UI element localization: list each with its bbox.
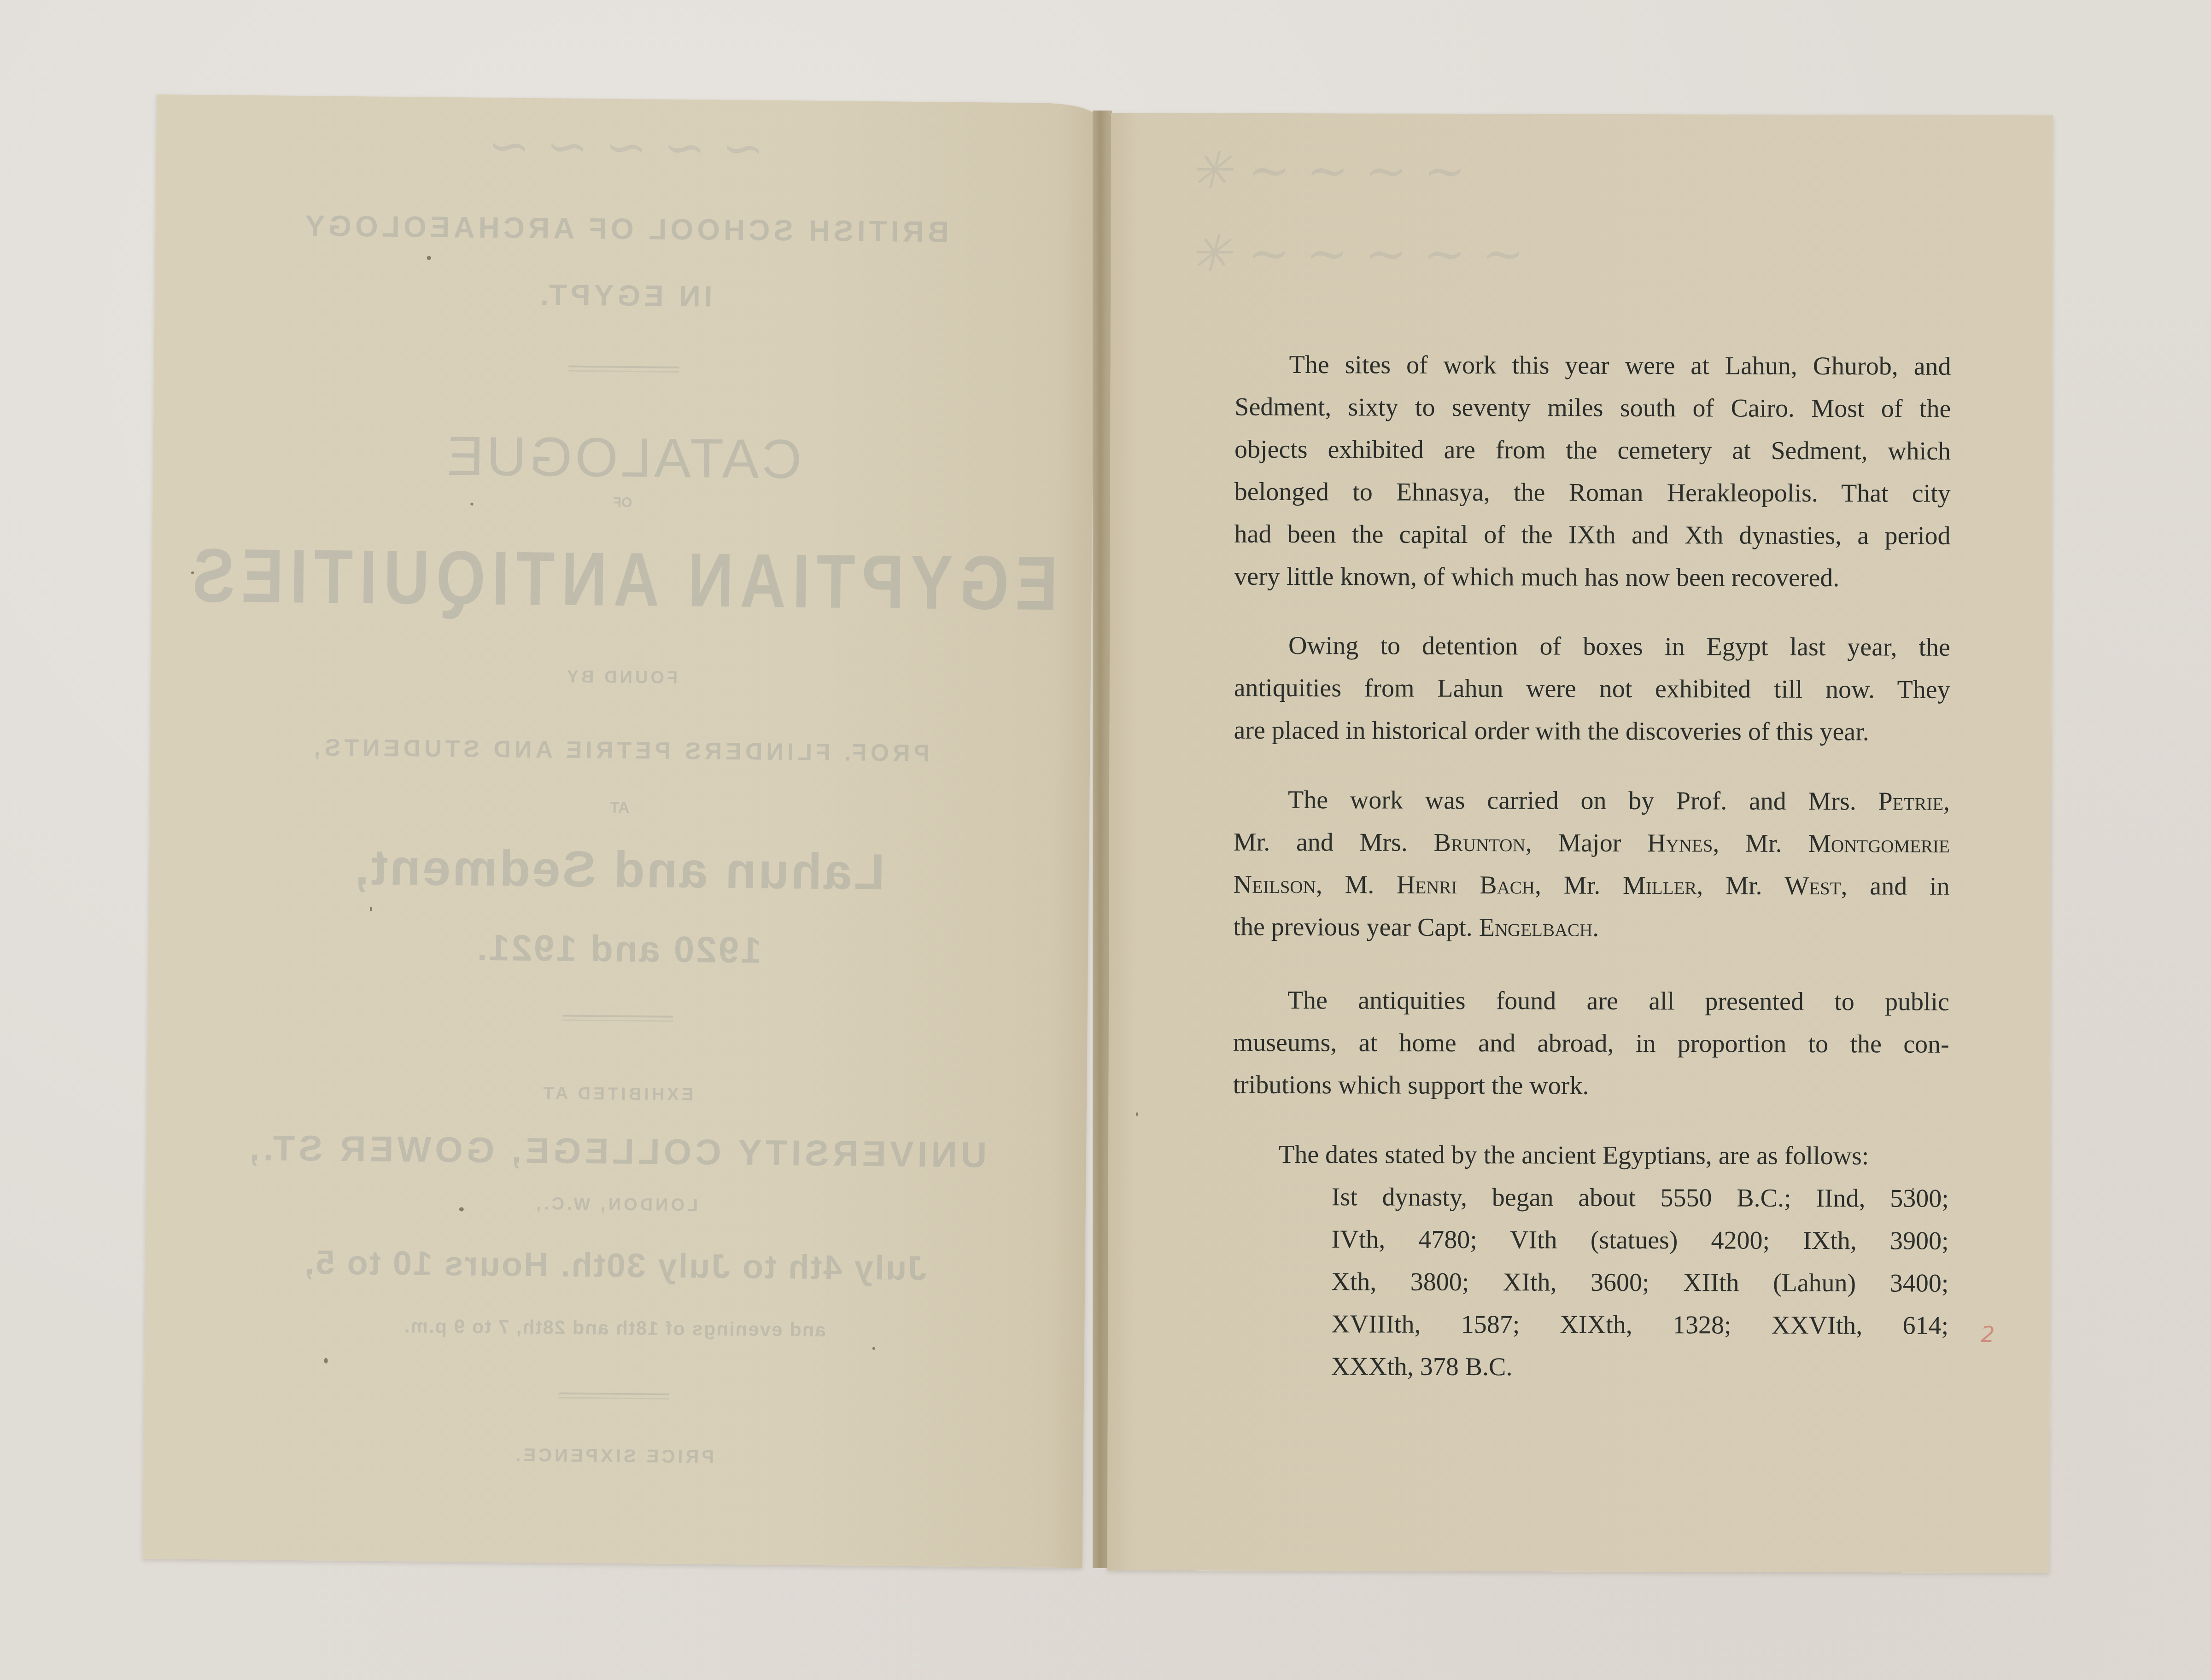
paper-speck	[324, 1358, 328, 1364]
text-line: XXXth, 378 B.C.	[1232, 1345, 1948, 1389]
text-line: The sites of work this year were at Lahu…	[1234, 344, 1951, 388]
text-line: The antiquities found are all presented …	[1233, 979, 1949, 1023]
text-line: The dates stated by the ancient Egyptian…	[1233, 1133, 1949, 1178]
bleed-line: AT	[150, 794, 1089, 822]
bleed-line: OF	[152, 490, 1092, 515]
text-run: ,	[1943, 787, 1950, 816]
text-run: , M.	[1316, 870, 1397, 899]
bleed-line: and evenings of 18th and 28th, 7 to 9 p.…	[145, 1312, 1084, 1344]
text-line: Mr. and Mrs. Brunton, Major Hynes, Mr. M…	[1234, 821, 1950, 865]
text-line: Sedment, sixty to seventy miles south of…	[1234, 386, 1951, 430]
bleed-line: 1920 and 1921.	[148, 923, 1088, 975]
surname: Henri Bach	[1397, 871, 1535, 900]
text-run: , and in	[1841, 872, 1949, 901]
bleed-line: FOUND BY	[151, 663, 1091, 692]
paragraph-detention: Owing to detention of boxes in Egypt las…	[1234, 624, 1950, 753]
text-line: Owing to detention of boxes in Egypt las…	[1234, 624, 1950, 669]
surname: Engelbach	[1479, 913, 1593, 942]
text-line: are placed in historical order with the …	[1234, 709, 1950, 753]
text-line: antiquities from Lahun were not exhibite…	[1234, 667, 1950, 711]
bleed-rule	[562, 1015, 673, 1022]
text-line: museums, at home and abroad, in proporti…	[1233, 1021, 1949, 1066]
text-line: belonged to Ehnasya, the Roman Herakleop…	[1234, 471, 1951, 515]
paper-speck	[427, 256, 431, 260]
cover-bleed-through: ~ ~ ~ ~ ~ BRITISH SCHOOL OF ARCHAEOLOGY …	[142, 94, 1096, 1568]
text-line: the previous year Capt. Engelbach.	[1233, 906, 1949, 950]
surname: Neilson	[1234, 870, 1316, 899]
bleed-line: EGYPTIAN ANTIQUITIES	[152, 531, 1092, 628]
paper-speck	[470, 503, 473, 506]
bleed-line: IN EGYPT.	[155, 274, 1095, 317]
surname: West	[1784, 872, 1841, 900]
bleed-line: Lahun and Sedment,	[149, 836, 1089, 904]
paper-speck	[459, 1207, 464, 1211]
text-line: IVth, 4780; VIth (statues) 4200; IXth, 3…	[1232, 1218, 1948, 1262]
handwriting-bleed: ✳ ~ ~ ~ ~ ~	[1189, 223, 1524, 283]
dynasty-date-list: Ist dynasty, began about 5550 B.C.; IInd…	[1232, 1176, 1949, 1389]
text-line: very little known, of which much has now…	[1234, 555, 1950, 600]
bleed-line: PRICE SIXPENCE.	[143, 1441, 1083, 1471]
surname: Petrie	[1878, 787, 1943, 816]
text-line: had been the capital of the IXth and Xth…	[1234, 513, 1950, 557]
text-line: objects exhibited are from the cemetery …	[1234, 428, 1951, 472]
bleed-line: PROF. FLINDERS PETRIE AND STUDENTS,	[150, 732, 1090, 769]
bleed-rule	[568, 366, 679, 373]
right-page: ✳ ~ ~ ~ ~ ✳ ~ ~ ~ ~ ~ The sites of work …	[1107, 113, 2053, 1573]
text-line: XVIIIth, 1587; XIXth, 1328; XXVIth, 614;	[1232, 1303, 1948, 1347]
bleed-line: CATALOGUE	[153, 421, 1093, 494]
bleed-line: July 4th to July 30th. Hours 10 to 5,	[145, 1241, 1085, 1289]
text-line: tributions which support the work.	[1233, 1064, 1949, 1108]
text-run: , Mr.	[1535, 871, 1623, 899]
surname: Hynes	[1647, 829, 1713, 857]
handwriting-bleed: ✳ ~ ~ ~ ~	[1189, 140, 1466, 200]
text-run: Mr. and Mrs.	[1234, 828, 1434, 857]
text-run: , Mr.	[1713, 829, 1808, 858]
paper-speck	[872, 1347, 875, 1350]
text-line: The work was carried on by Prof. and Mrs…	[1234, 779, 1950, 823]
text-line: Xth, 3800; XIth, 3600; XIIth (Lahun) 340…	[1232, 1260, 1948, 1305]
paper-speck	[370, 907, 372, 911]
text-line: Neilson, M. Henri Bach, Mr. Miller, Mr. …	[1233, 863, 1949, 908]
pencil-page-number: 2	[1981, 1322, 1995, 1347]
handwriting-bleed: ~ ~ ~ ~ ~	[156, 113, 1096, 181]
text-run: .	[1592, 914, 1599, 942]
paper-speck	[1912, 1188, 1914, 1190]
text-run: The work was carried on by Prof. and Mrs…	[1288, 786, 1878, 816]
bleed-line: EXHIBITED AT	[147, 1080, 1087, 1109]
surname: Montgomerie	[1808, 829, 1950, 858]
surname: Miller	[1623, 871, 1696, 900]
bleed-line: LONDON, W.C.,	[146, 1190, 1086, 1219]
paragraph-workers: The work was carried on by Prof. and Mrs…	[1233, 779, 1950, 950]
paper-speck	[1136, 1112, 1138, 1116]
left-page: ~ ~ ~ ~ ~ BRITISH SCHOOL OF ARCHAEOLOGY …	[142, 94, 1096, 1568]
bleed-rule	[559, 1393, 669, 1400]
paragraph-dates: The dates stated by the ancient Egyptian…	[1232, 1133, 1949, 1389]
paragraph-museums: The antiquities found are all presented …	[1233, 979, 1949, 1108]
bleed-line: UNIVERSITY COLLEGE, GOWER ST.,	[146, 1126, 1087, 1177]
text-run: , Major	[1526, 828, 1648, 857]
text-run: the previous year Capt.	[1233, 913, 1479, 942]
text-run: , Mr.	[1696, 871, 1784, 900]
surname: Brunton	[1433, 828, 1525, 857]
text-line: Ist dynasty, began about 5550 B.C.; IInd…	[1233, 1176, 1949, 1220]
paper-speck	[191, 572, 194, 574]
bleed-line: BRITISH SCHOOL OF ARCHAEOLOGY	[155, 207, 1095, 251]
paragraph-sites: The sites of work this year were at Lahu…	[1234, 344, 1951, 600]
